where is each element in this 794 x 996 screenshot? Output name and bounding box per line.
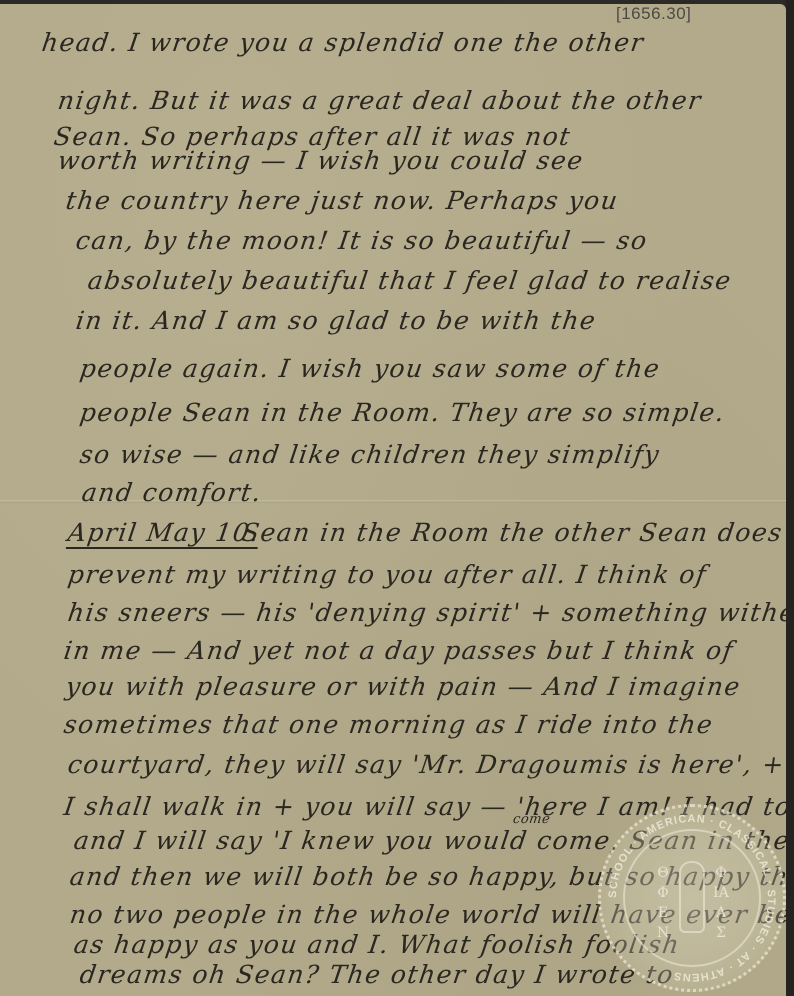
letter-line: head. I wrote you a splendid one the oth… — [40, 28, 646, 57]
letter-line: people again. I wish you saw some of the — [78, 354, 662, 383]
letter-line: the country here just now. Perhaps you — [64, 186, 621, 215]
seal-emblem: Θ Φ Ε Ν Φ ΙΑ Α Σ — [651, 857, 733, 939]
letter-line: can, by the moon! It is so beautiful — s… — [74, 226, 650, 255]
letter-line: night. But it was a great deal about the… — [56, 86, 704, 115]
letter-line: sometimes that one morning as I ride int… — [62, 710, 715, 739]
letter-line: prevent my writing to you after all. I t… — [66, 560, 709, 589]
letter-line: Sean in the Room the other Sean does — [240, 518, 785, 547]
letter-line: and comfort. — [80, 478, 264, 507]
seal-letters-right: Φ ΙΑ Α Σ — [711, 863, 731, 943]
letter-line: dreams oh Sean? The other day I wrote to — [78, 960, 676, 989]
letter-line: you with pleasure or with pain — And I i… — [64, 672, 743, 701]
embossed-seal: SCHOOL · AMERICAN · CLASSICAL · STUDIES … — [598, 804, 786, 992]
letter-line: courtyard, they will say 'Mr. Dragoumis … — [66, 750, 786, 779]
date-heading: April May 10. — [66, 518, 262, 547]
letter-line: people Sean in the Room. They are so sim… — [78, 398, 727, 427]
seal-letters-left: Θ Φ Ε Ν — [653, 863, 673, 943]
letter-line: absolutely beautiful that I feel glad to… — [86, 266, 734, 295]
letter-line: as happy as you and I. What foolish fool… — [72, 930, 682, 959]
letter-line: worth writing — I wish you could see — [56, 146, 586, 175]
seal-figure-icon — [679, 861, 705, 933]
letter-line: in me — And yet not a day passes but I t… — [62, 636, 736, 665]
interlinear-insertion: come — [512, 812, 551, 827]
letter-line: so wise — and like children they simplif… — [78, 440, 662, 469]
letter-page: [1656.30] head. I wrote you a splendid o… — [0, 4, 786, 996]
letter-line: in it. And I am so glad to be with the — [74, 306, 598, 335]
letter-line: his sneers — his 'denying spirit' + some… — [66, 598, 786, 627]
scan-border — [786, 0, 794, 996]
